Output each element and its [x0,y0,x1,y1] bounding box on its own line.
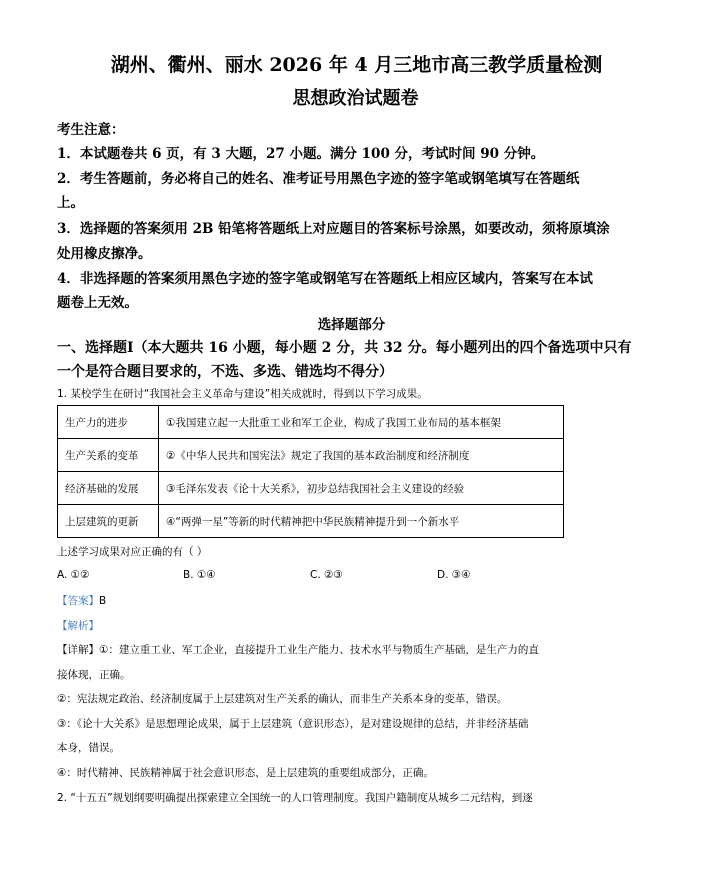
question-1-stem: 1. 某校学生在研讨“我国社会主义革命与建设”相关成就时，得到以下学习成果。 [57,386,428,401]
table-cell-category: 生产关系的变革 [58,439,159,472]
notice-item-4-line-1: 4．非选择题的答案须用黑色字迹的签字笔或钢笔写在答题纸上相应区域内，答案写在本试 [57,267,593,287]
part1-instructions-line-1: 一、选择题Ⅰ（本大题共 16 小题，每小题 2 分，共 32 分。每小题列出的四… [57,337,632,357]
option-c: C. ②③ [310,569,343,581]
question-1-prompt: 上述学习成果对应正确的有（ ） [57,544,207,559]
detail-line-2: 接体现，正确。 [57,667,131,682]
notice-item-2-line-1: 2．考生答题前，务必将自己的姓名、准考证号用黑色字迹的签字笔或钢笔填写在答题纸 [57,167,579,187]
table-cell-category: 经济基础的发展 [58,472,159,505]
table-cell-result: ④“两弹一星”等新的时代精神把中华民族精神提升到一个新水平 [159,505,564,538]
table-cell-category: 上层建筑的更新 [58,505,159,538]
analysis-tag: 【解析】 [57,620,99,632]
detail-line-5: 本身，错误。 [57,740,120,755]
table-cell-result: ①我国建立起一大批重工业和军工企业，构成了我国工业布局的基本框架 [159,406,564,439]
section-heading: 选择题部分 [0,313,701,333]
learning-results-table: 生产力的进步 ①我国建立起一大批重工业和军工企业，构成了我国工业布局的基本框架 … [57,405,564,538]
table-row: 经济基础的发展 ③毛泽东发表《论十大关系》，初步总结我国社会主义建设的经验 [58,472,564,505]
exam-title: 湖州、衢州、丽水 2026 年 4 月三地市高三教学质量检测 [0,50,701,77]
notice-item-1: 1．本试题卷共 6 页，有 3 大题，27 小题。满分 100 分，考试时间 9… [57,142,544,162]
option-a: A. ①② [57,569,90,581]
part1-instructions-line-2: 一个是符合题目要求的，不选、多选、错选均不得分） [57,361,393,381]
answer-line: 【答案】B [57,593,106,608]
table-row: 上层建筑的更新 ④“两弹一星”等新的时代精神把中华民族精神提升到一个新水平 [58,505,564,538]
notice-item-3-line-1: 3．选择题的答案须用 2B 铅笔将答题纸上对应题目的答案标号涂黑，如要改动，须将… [57,217,610,237]
detail-tag: 【详解】 [57,644,99,656]
detail-line-4: ③：《论十大关系》是思想理论成果，属于上层建筑（意识形态），是对建设规律的总结，… [57,716,528,731]
table-row: 生产关系的变革 ②《中华人民共和国宪法》规定了我国的基本政治制度和经济制度 [58,439,564,472]
detail-text: ①：建立重工业、军工企业，直接提升工业生产能力、技术水平与物质生产基础，是生产力… [99,644,539,656]
option-b: B. ①④ [183,569,216,581]
notice-item-3-line-2: 处用橡皮擦净。 [57,242,152,262]
answer-value: B [99,595,106,607]
answer-tag: 【答案】 [57,595,99,607]
notice-title: 考生注意： [57,118,125,138]
table-cell-result: ②《中华人民共和国宪法》规定了我国的基本政治制度和经济制度 [159,439,564,472]
question-2-stem: 2. “十五五”规划纲要明确提出探索建立全国统一的人口管理制度。我国户籍制度从城… [57,790,533,805]
analysis-line: 【解析】 [57,618,99,633]
notice-item-2-line-2: 上。 [57,191,84,211]
detail-line-3: ②：宪法规定政治、经济制度属于上层建筑对生产关系的确认，而非生产关系本身的变革，… [57,691,507,706]
exam-subtitle: 思想政治试题卷 [0,84,701,110]
table-cell-category: 生产力的进步 [58,406,159,439]
notice-item-4-line-2: 题卷上无效。 [57,291,138,311]
detail-line-1: 【详解】①：建立重工业、军工企业，直接提升工业生产能力、技术水平与物质生产基础，… [57,642,539,657]
option-d: D. ③④ [437,569,471,581]
exam-page: 湖州、衢州、丽水 2026 年 4 月三地市高三教学质量检测 思想政治试题卷 考… [0,0,701,877]
detail-line-6: ④：时代精神、民族精神属于社会意识形态，是上层建筑的重要组成部分，正确。 [57,765,434,780]
table-row: 生产力的进步 ①我国建立起一大批重工业和军工企业，构成了我国工业布局的基本框架 [58,406,564,439]
table-cell-result: ③毛泽东发表《论十大关系》，初步总结我国社会主义建设的经验 [159,472,564,505]
